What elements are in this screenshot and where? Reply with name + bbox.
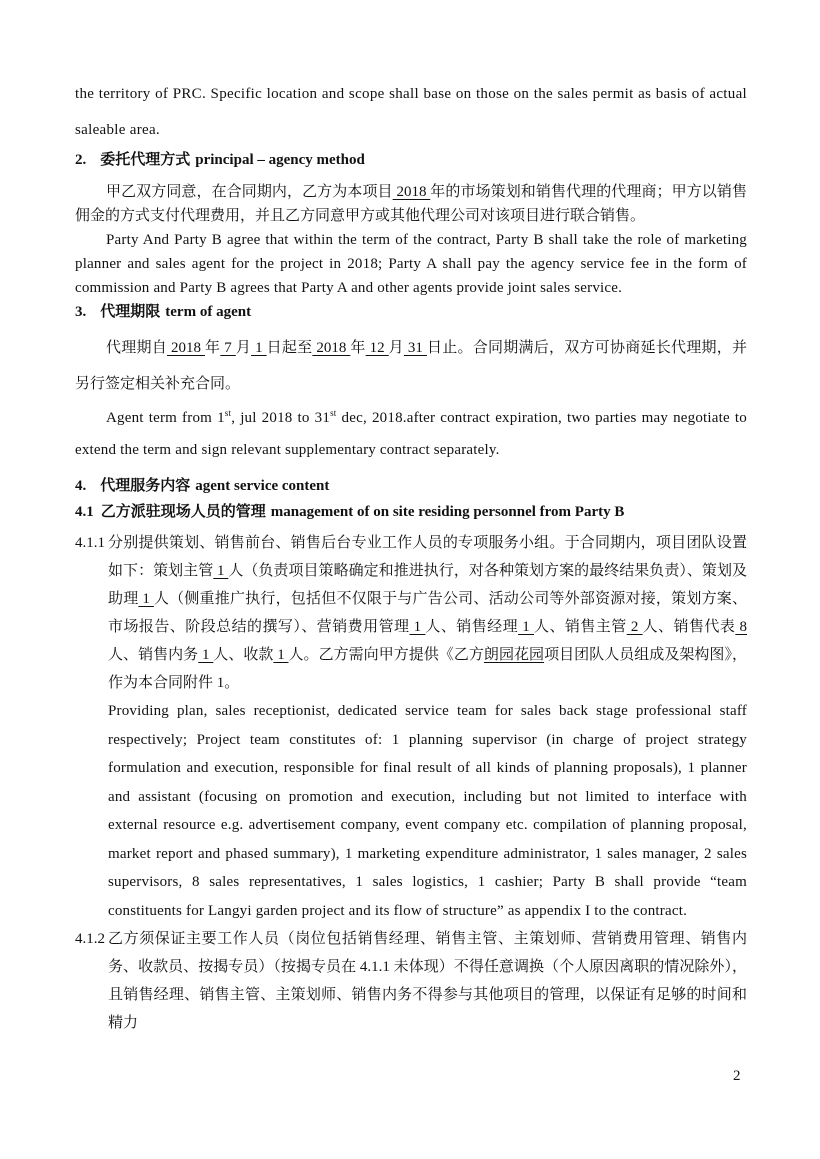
clause-4-1-2-text-zh: 乙方须保证主要工作人员（岗位包括销售经理、销售主管、主策划师、营销费用管理、销售… xyxy=(108,931,747,1031)
section-4-heading: 4.代理服务内容agent service content xyxy=(75,474,747,499)
contract-document-page: the territory of PRC. Specific location … xyxy=(0,0,820,1159)
clause-4-1-1: 4.1.1分别提供策划、销售前台、销售后台专业工作人员的专项服务小组。于合同期内… xyxy=(75,529,747,697)
section-3-title-en: term of agent xyxy=(165,304,251,320)
clause-4-1-1-text-en: Providing plan, sales receptionist, dedi… xyxy=(75,697,747,925)
section-4-1-title-zh: 乙方派驻现场人员的管理 xyxy=(101,504,266,520)
section-4-1-number: 4.1 xyxy=(75,504,94,520)
section-3-paragraph-en: Agent term from 1st, jul 2018 to 31st de… xyxy=(75,402,747,466)
section-2-title-en: principal – agency method xyxy=(195,152,365,168)
section-2-number: 2. xyxy=(75,152,86,168)
paragraph-intro-en: the territory of PRC. Specific location … xyxy=(75,76,747,148)
section-4-title-zh: 代理服务内容 xyxy=(100,478,190,494)
section-2-paragraph-en: Party And Party B agree that within the … xyxy=(75,228,747,300)
clause-4-1-1-text-zh: 分别提供策划、销售前台、销售后台专业工作人员的专项服务小组。于合同期内，项目团队… xyxy=(108,535,747,691)
section-4-1-title-en: management of on site residing personnel… xyxy=(271,504,625,520)
section-3-number: 3. xyxy=(75,304,86,320)
clause-4-1-2-number: 4.1.2 xyxy=(75,925,105,953)
section-2-title-zh: 委托代理方式 xyxy=(100,152,190,168)
clause-4-1-1-number: 4.1.1 xyxy=(75,529,105,557)
section-3-title-zh: 代理期限 xyxy=(100,304,160,320)
page-number: 2 xyxy=(733,1068,741,1085)
section-4-title-en: agent service content xyxy=(195,478,329,494)
section-2-paragraph-zh: 甲乙双方同意，在合同期内，乙方为本项目 2018 年的市场策划和销售代理的代理商… xyxy=(75,180,747,228)
clause-4-1-2: 4.1.2乙方须保证主要工作人员（岗位包括销售经理、销售主管、主策划师、营销费用… xyxy=(75,925,747,1037)
section-3-heading: 3.代理期限term of agent xyxy=(75,300,747,324)
section-4-number: 4. xyxy=(75,478,86,494)
section-2-heading: 2.委托代理方式principal – agency method xyxy=(75,148,747,172)
section-4-1-heading: 4.1乙方派驻现场人员的管理management of on site resi… xyxy=(75,499,747,525)
section-3-paragraph-zh: 代理期自 2018 年 7 月 1 日起至 2018 年 12 月 31 日止。… xyxy=(75,330,747,402)
